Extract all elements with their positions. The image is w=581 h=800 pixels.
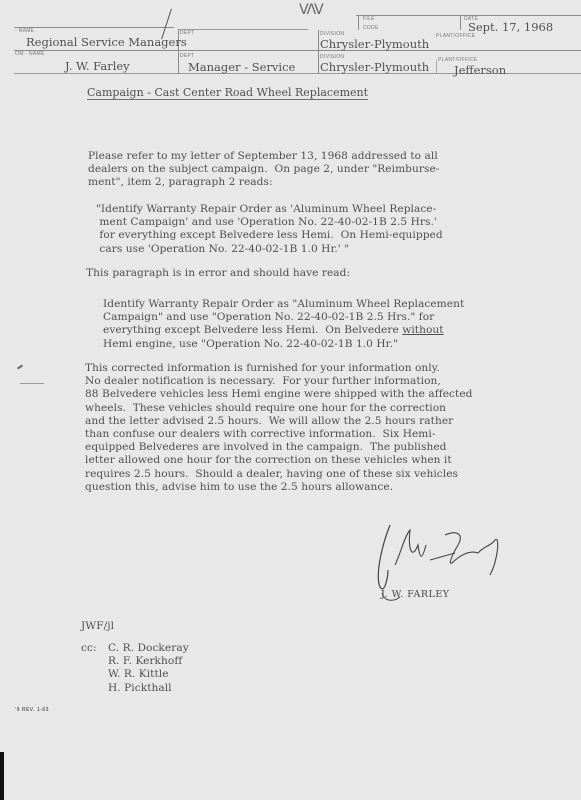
to-dept-label: DEPT (180, 30, 195, 36)
code-label: CODE (363, 25, 379, 31)
cc-recipient: H. Pickthall (108, 682, 189, 695)
correction-text-end: Hemi engine, use "Operation No. 22-40-02… (103, 338, 398, 350)
header-divider (358, 15, 359, 30)
header-rule (178, 29, 308, 30)
memo-subject: Campaign - Cast Center Road Wheel Replac… (87, 86, 368, 100)
from-plant: Jefferson (454, 63, 506, 77)
quoted-original: "Identify Warranty Repair Order as 'Alum… (96, 203, 443, 256)
from-dept-label: DEPT (180, 53, 195, 59)
from-dept: Manager - Service (188, 60, 295, 74)
margin-mark (17, 364, 23, 369)
company-logo: VΛV (299, 2, 322, 18)
from-division: Chrysler-Plymouth (320, 60, 429, 74)
memo-date: Sept. 17, 1968 (468, 20, 553, 34)
quoted-correction: Identify Warranty Repair Order as "Alumi… (103, 298, 464, 351)
header-rule (14, 27, 174, 28)
cc-recipient: W. R. Kittle (108, 668, 189, 681)
emphasis-without: without (402, 324, 443, 336)
file-label: FILE (363, 16, 375, 22)
header-rule (14, 50, 581, 51)
to-division: Chrysler-Plymouth (320, 37, 429, 51)
to-name: Regional Service Managers (26, 35, 187, 49)
from-name-label: OM - NAME (15, 51, 45, 57)
paragraph-error: This paragraph is in error and should ha… (86, 267, 350, 280)
header-divider (460, 15, 461, 30)
cc-label: cc: (81, 642, 97, 655)
header-divider (318, 30, 319, 74)
header-divider (436, 60, 437, 74)
to-name-label: - NAME (15, 28, 34, 34)
paragraph-intro: Please refer to my letter of September 1… (88, 150, 439, 190)
signer-typed-name: J. W. FARLEY (381, 589, 450, 600)
scan-edge (0, 752, 4, 800)
cc-recipient: C. R. Dockeray (108, 642, 189, 655)
cc-list: C. R. Dockeray R. F. Kerkhoff W. R. Kitt… (108, 642, 189, 695)
from-name: J. W. Farley (65, 59, 130, 73)
paragraph-explanation: This corrected information is furnished … (85, 362, 473, 494)
typist-initials: JWF/jl (81, 620, 114, 633)
memo-page: VΛV - NAME Regional Service Managers DEP… (0, 0, 581, 800)
form-revision-number: '9 REV. 1-63 (15, 707, 49, 713)
cc-recipient: R. F. Kerkhoff (108, 655, 189, 668)
margin-mark (20, 383, 44, 384)
